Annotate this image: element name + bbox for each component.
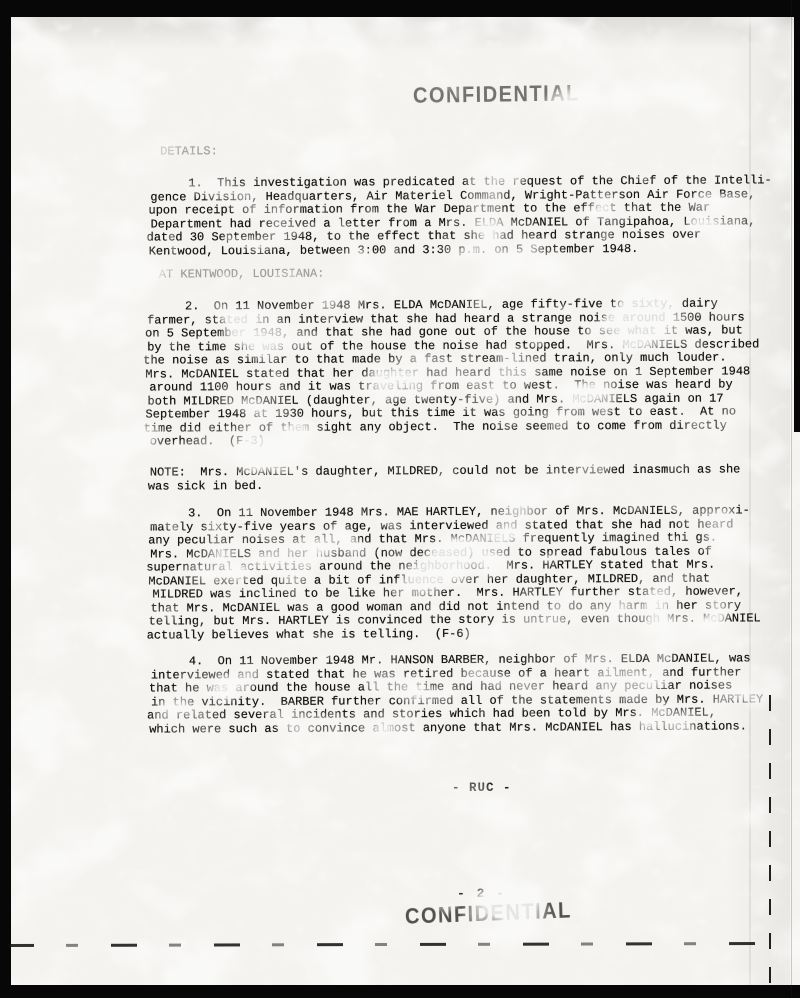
paragraph-1: 1. This investigation was predicated at … — [152, 174, 772, 258]
text-line: which were such as to convince almost an… — [149, 720, 761, 737]
scan-edge-left — [0, 0, 11, 998]
paragraph-4: 4. On 11 November 1948 Mr. HANSON BARBER… — [153, 652, 766, 736]
scan-edge-right — [794, 0, 800, 432]
text-line: Kentwood, Louisiana, between 3:00 and 3:… — [149, 242, 768, 259]
page-number: - 2 - — [457, 886, 506, 901]
disposition-label: - RUC - — [452, 781, 512, 795]
scan-edge-bottom — [0, 985, 800, 998]
text-line: actually believes what she is telling. (… — [147, 626, 759, 643]
torn-dash-line-right — [769, 695, 771, 987]
note-paragraph: NOTE: Mrs. McDANIEL's daughter, MILDRED,… — [150, 463, 741, 493]
section-heading: AT KENTWOOD, LOUISIANA: — [159, 268, 325, 282]
scanned-document-page: CONFIDENTIAL DETAILS: 1. This investigat… — [0, 0, 800, 998]
scan-edge-top — [0, 0, 800, 17]
paragraph-3: 3. On 11 November 1948 Mrs. MAE HARTLEY,… — [152, 504, 765, 642]
page-edge-line-right — [791, 0, 793, 998]
details-heading: DETAILS: — [160, 145, 218, 159]
text-line: was sick in bed. — [148, 477, 739, 494]
typewritten-text-layer: DETAILS: 1. This investigation was predi… — [0, 0, 800, 998]
paragraph-2: 2. On 11 November 1948 Mrs. ELDA McDANIE… — [149, 297, 762, 449]
paper-fold-line — [749, 0, 751, 998]
